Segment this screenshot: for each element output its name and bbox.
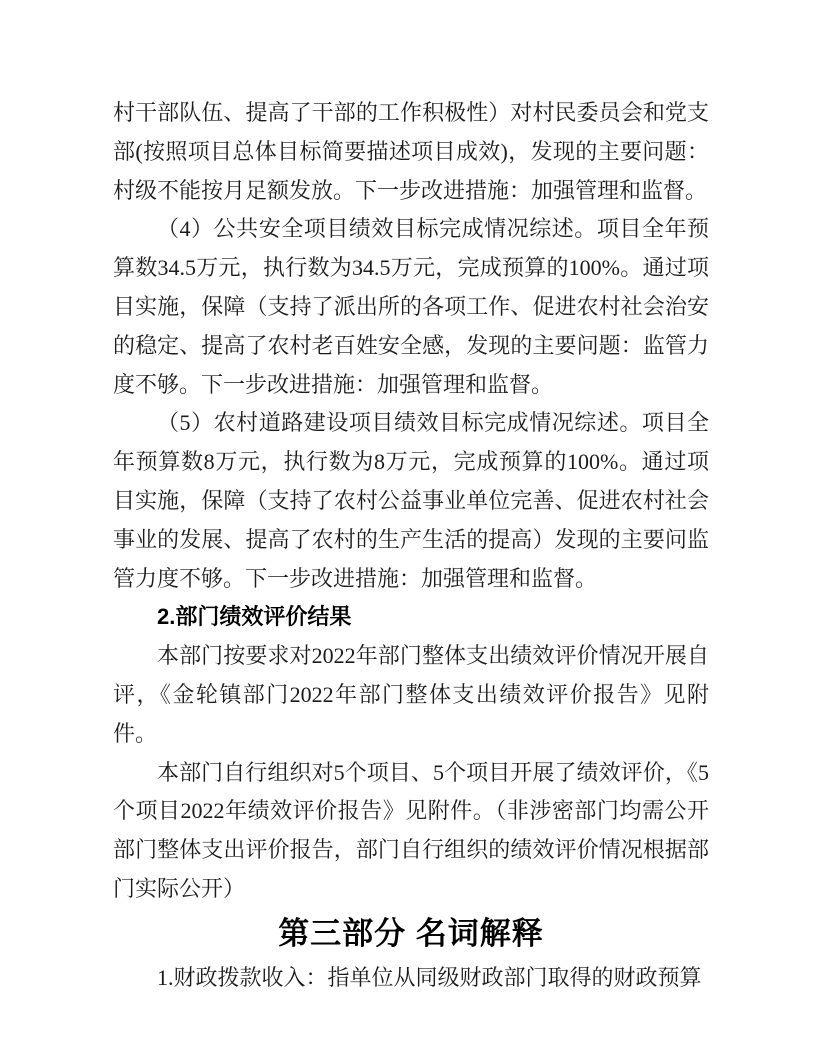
- paragraph-village-cadres-continuation: 村干部队伍、提高了干部的工作积极性）对村民委员会和党支部(按照项目总体目标简要描…: [113, 94, 709, 210]
- paragraph-self-evaluation-report: 本部门按要求对2022年部门整体支出绩效评价情况开展自评，《金轮镇部门2022年…: [113, 637, 709, 753]
- subheading-department-performance-evaluation: 2.部门绩效评价结果: [113, 598, 709, 637]
- section-heading-part-three-glossary: 第三部分 名词解释: [113, 909, 709, 959]
- paragraph-public-safety-project: （4）公共安全项目绩效目标完成情况综述。项目全年预算数34.5万元，执行数为34…: [113, 210, 709, 404]
- paragraph-project-evaluation-report: 本部门自行组织对5个项目、5个项目开展了绩效评价，《5个项目2022年绩效评价报…: [113, 754, 709, 909]
- paragraph-fiscal-appropriation-definition: 1.财政拨款收入：指单位从同级财政部门取得的财政预算: [113, 959, 709, 998]
- paragraph-rural-road-project: （5）农村道路建设项目绩效目标完成情况综述。项目全年预算数8万元，执行数为8万元…: [113, 404, 709, 598]
- document-page: 村干部队伍、提高了干部的工作积极性）对村民委员会和党支部(按照项目总体目标简要描…: [0, 0, 815, 1055]
